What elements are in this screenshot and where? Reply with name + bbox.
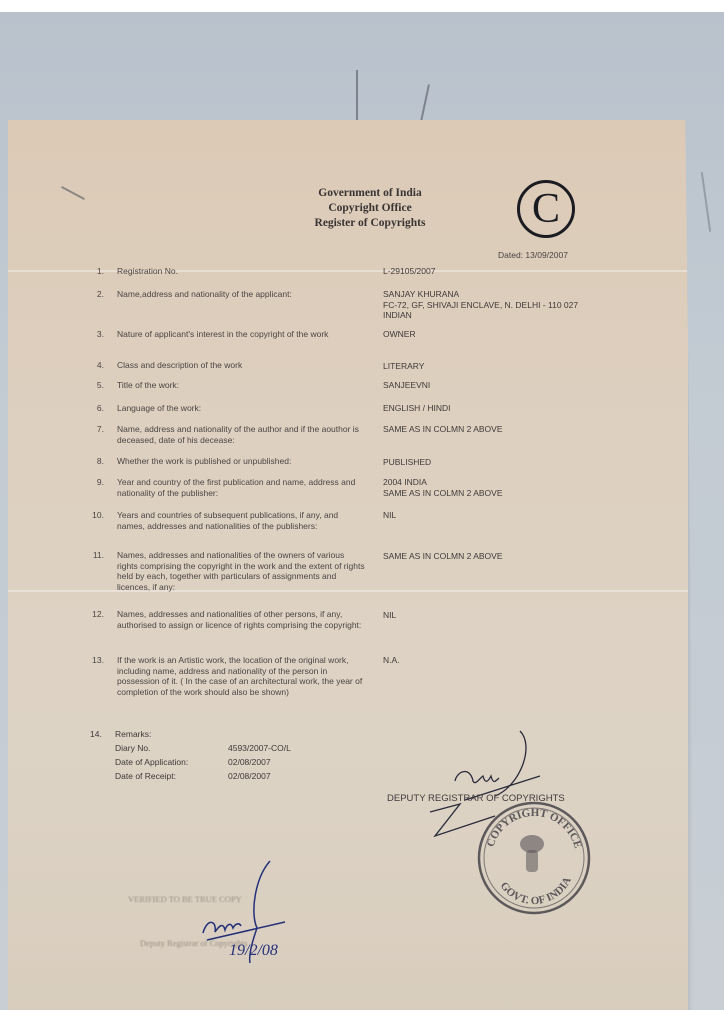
entry-number: 4. xyxy=(90,360,104,371)
entry-value: SANJEEVNI xyxy=(383,380,430,391)
entry-value: L-29105/2007 xyxy=(383,266,435,277)
entry-number: 11. xyxy=(90,550,104,561)
entry-label: Class and description of the work xyxy=(117,360,367,371)
entry-value: N.A. xyxy=(383,655,400,666)
entry-value: SANJAY KHURANA FC-72, GF, SHIVAJI ENCLAV… xyxy=(383,289,578,321)
header-office: Copyright Office xyxy=(290,201,450,216)
copyright-icon: C xyxy=(517,180,575,238)
entry-value: OWNER xyxy=(383,329,416,340)
entry-number: 7. xyxy=(90,424,104,435)
entry-label: Year and country of the first publicatio… xyxy=(117,477,367,498)
wall-scratch xyxy=(701,172,711,232)
header-register: Register of Copyrights xyxy=(290,216,450,231)
entry-number: 10. xyxy=(90,510,104,521)
remark-value: 02/08/2007 xyxy=(228,757,271,768)
remark-value: 02/08/2007 xyxy=(228,771,271,782)
copyright-symbol: C xyxy=(532,188,560,230)
entry-label: Title of the work: xyxy=(117,380,367,391)
handwritten-date: 19/2/08 xyxy=(229,942,278,959)
document-header: Government of India Copyright Office Reg… xyxy=(290,186,450,231)
entry-label: Language of the work: xyxy=(117,403,367,414)
svg-text:GOVT. OF INDIA: GOVT. OF INDIA xyxy=(498,875,574,907)
entry-label: Name, address and nationality of the aut… xyxy=(117,424,367,445)
attestation-signature-icon: 19/2/08 xyxy=(195,858,305,963)
entry-number: 8. xyxy=(90,456,104,467)
entry-label: Whether the work is published or unpubli… xyxy=(117,456,367,467)
entry-value: SAME AS IN COLMN 2 ABOVE xyxy=(383,551,503,562)
entry-label: Names, addresses and nationalities of ot… xyxy=(117,609,367,630)
entry-number: 9. xyxy=(90,477,104,488)
entry-label: Names, addresses and nationalities of th… xyxy=(117,550,367,592)
entry-number: 1. xyxy=(90,266,104,277)
remarks-title: Remarks: xyxy=(115,729,151,740)
entry-label: Nature of applicant's interest in the co… xyxy=(117,329,367,340)
remark-label: Date of Receipt: xyxy=(115,771,176,782)
entry-number: 3. xyxy=(90,329,104,340)
entry-number: 12. xyxy=(90,609,104,620)
pen-mark xyxy=(61,186,85,200)
remark-label: Date of Application: xyxy=(115,757,188,768)
wall-scratch xyxy=(356,70,358,120)
entry-value: LITERARY xyxy=(383,361,424,372)
national-emblem-icon: COPYRIGHT OFFICE GOVT. OF INDIA xyxy=(474,798,594,918)
seal-bottom-text: GOVT. OF INDIA xyxy=(498,875,574,907)
dated-text: Dated: 13/09/2007 xyxy=(498,250,568,260)
remark-label: Diary No. xyxy=(115,743,150,754)
entry-value: PUBLISHED xyxy=(383,457,431,468)
entry-value: SAME AS IN COLMN 2 ABOVE xyxy=(383,424,503,435)
entry-label: Name,address and nationality of the appl… xyxy=(117,289,367,300)
header-government: Government of India xyxy=(290,186,450,201)
entry-value: 2004 INDIA SAME AS IN COLMN 2 ABOVE xyxy=(383,477,503,498)
entry-number: 13. xyxy=(90,655,104,666)
entry-value: NIL xyxy=(383,510,396,521)
entry-number: 2. xyxy=(90,289,104,300)
remarks-number: 14. xyxy=(90,729,102,740)
entry-value: NIL xyxy=(383,610,396,621)
entry-label: If the work is an Artistic work, the loc… xyxy=(117,655,367,697)
wall-scratch xyxy=(420,84,429,121)
entry-label: Registration No. xyxy=(117,266,367,277)
entry-number: 6. xyxy=(90,403,104,414)
entry-label: Years and countries of subsequent public… xyxy=(117,510,367,531)
entry-number: 5. xyxy=(90,380,104,391)
remark-value: 4593/2007-CO/L xyxy=(228,743,291,754)
entry-value: ENGLISH / HINDI xyxy=(383,403,451,414)
